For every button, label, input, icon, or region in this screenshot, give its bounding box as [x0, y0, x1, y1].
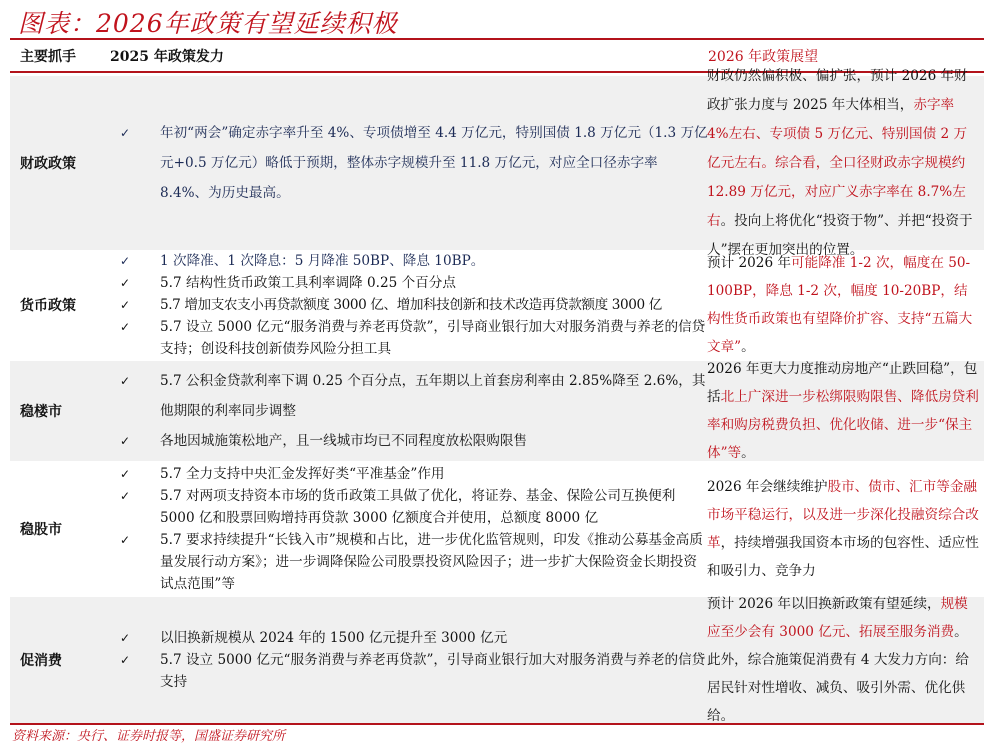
list-item: ✓ 各地因城施策松地产，且一线城市均已不同程度放松限购限售 — [118, 426, 708, 456]
row-2026-outlook: 财政仍然偏积极、偏扩张，预计 2026 年财政扩张力度与 2025 年大体相当，… — [707, 76, 979, 250]
list-item: ✓ 5.7 增加支农支小再贷款额度 3000 亿、增加科技创新和技术改造再贷款额… — [118, 294, 708, 316]
header-col-category: 主要抓手 — [20, 40, 76, 72]
row-2026-outlook: 2026 年更大力度推动房地产“止跌回稳”，包括北上广深进一步松绑限购限售、降低… — [707, 361, 979, 461]
checkmark-icon: ✓ — [118, 529, 160, 595]
row-category: 财政政策 — [20, 76, 76, 250]
row-2025-items: ✓ 年初“两会”确定赤字率升至 4%、专项债增至 4.4 万亿元，特别国债 1.… — [118, 76, 708, 250]
table-row-fiscal: 财政政策 ✓ 年初“两会”确定赤字率升至 4%、专项债增至 4.4 万亿元，特别… — [10, 76, 984, 250]
figure-title: 图表：2026年政策有望延续积极 — [18, 4, 398, 40]
row-2025-items: ✓ 5.7 全力支持中央汇金发挥好类“平准基金”作用 ✓ 5.7 对两项支持资本… — [118, 464, 708, 594]
list-item: ✓ 5.7 设立 5000 亿元“服务消费与养老再贷款”，引导商业银行加大对服务… — [118, 316, 708, 360]
checkmark-icon: ✓ — [118, 250, 160, 272]
table-row-consumption: 促消费 ✓ 以旧换新规模从 2024 年的 1500 亿元提升至 3000 亿元… — [10, 597, 984, 723]
list-item: ✓ 年初“两会”确定赤字率升至 4%、专项债增至 4.4 万亿元，特别国债 1.… — [118, 118, 708, 208]
checkmark-icon: ✓ — [118, 294, 160, 316]
checkmark-icon: ✓ — [118, 426, 160, 456]
row-2025-items: ✓ 1 次降准、1 次降息：5 月降准 50BP、降息 10BP。 ✓ 5.7 … — [118, 252, 708, 358]
checkmark-icon: ✓ — [118, 272, 160, 294]
list-item: ✓ 5.7 对两项支持资本市场的货币政策工具做了优化，将证券、基金、保险公司互换… — [118, 485, 708, 529]
row-category: 稳楼市 — [20, 361, 62, 461]
table-row-monetary: 货币政策 ✓ 1 次降准、1 次降息：5 月降准 50BP、降息 10BP。 ✓… — [10, 252, 984, 358]
list-item: ✓ 5.7 设立 5000 亿元“服务消费与养老再贷款”，引导商业银行加大对服务… — [118, 649, 708, 693]
list-item: ✓ 5.7 结构性货币政策工具利率调降 0.25 个百分点 — [118, 272, 708, 294]
row-category: 货币政策 — [20, 252, 76, 358]
header-col-2025: 2025 年政策发力 — [110, 40, 224, 72]
list-item: ✓ 5.7 公积金贷款利率下调 0.25 个百分点，五年期以上首套房利率由 2.… — [118, 366, 708, 426]
checkmark-icon: ✓ — [118, 463, 160, 485]
row-2025-items: ✓ 5.7 公积金贷款利率下调 0.25 个百分点，五年期以上首套房利率由 2.… — [118, 361, 708, 461]
checkmark-icon: ✓ — [118, 316, 160, 360]
table-row-stock-market: 稳股市 ✓ 5.7 全力支持中央汇金发挥好类“平准基金”作用 ✓ 5.7 对两项… — [10, 464, 984, 594]
checkmark-icon: ✓ — [118, 649, 160, 693]
list-item: ✓ 1 次降准、1 次降息：5 月降准 50BP、降息 10BP。 — [118, 250, 708, 272]
row-category: 稳股市 — [20, 464, 62, 594]
table-row-property: 稳楼市 ✓ 5.7 公积金贷款利率下调 0.25 个百分点，五年期以上首套房利率… — [10, 361, 984, 461]
row-2026-outlook: 预计 2026 年可能降准 1-2 次，幅度在 50-100BP，降息 1-2 … — [707, 252, 979, 358]
list-item: ✓ 5.7 全力支持中央汇金发挥好类“平准基金”作用 — [118, 463, 708, 485]
checkmark-icon: ✓ — [118, 366, 160, 426]
source-note: 资料来源：央行、证券时报等，国盛证券研究所 — [12, 725, 285, 744]
row-2025-items: ✓ 以旧换新规模从 2024 年的 1500 亿元提升至 3000 亿元 ✓ 5… — [118, 597, 708, 723]
row-2026-outlook: 预计 2026 年以旧换新政策有望延续，规模应至少会有 3000 亿元、拓展至服… — [707, 597, 979, 723]
checkmark-icon: ✓ — [118, 627, 160, 649]
row-2026-outlook: 2026 年会继续维护股市、债市、汇市等金融市场平稳运行，以及进一步深化投融资综… — [707, 464, 979, 594]
row-category: 促消费 — [20, 597, 62, 723]
checkmark-icon: ✓ — [118, 485, 160, 529]
list-item: ✓ 以旧换新规模从 2024 年的 1500 亿元提升至 3000 亿元 — [118, 627, 708, 649]
checkmark-icon: ✓ — [118, 118, 160, 208]
list-item: ✓ 5.7 要求持续提升“长钱入市”规模和占比，进一步优化监管规则，印发《推动公… — [118, 529, 708, 595]
